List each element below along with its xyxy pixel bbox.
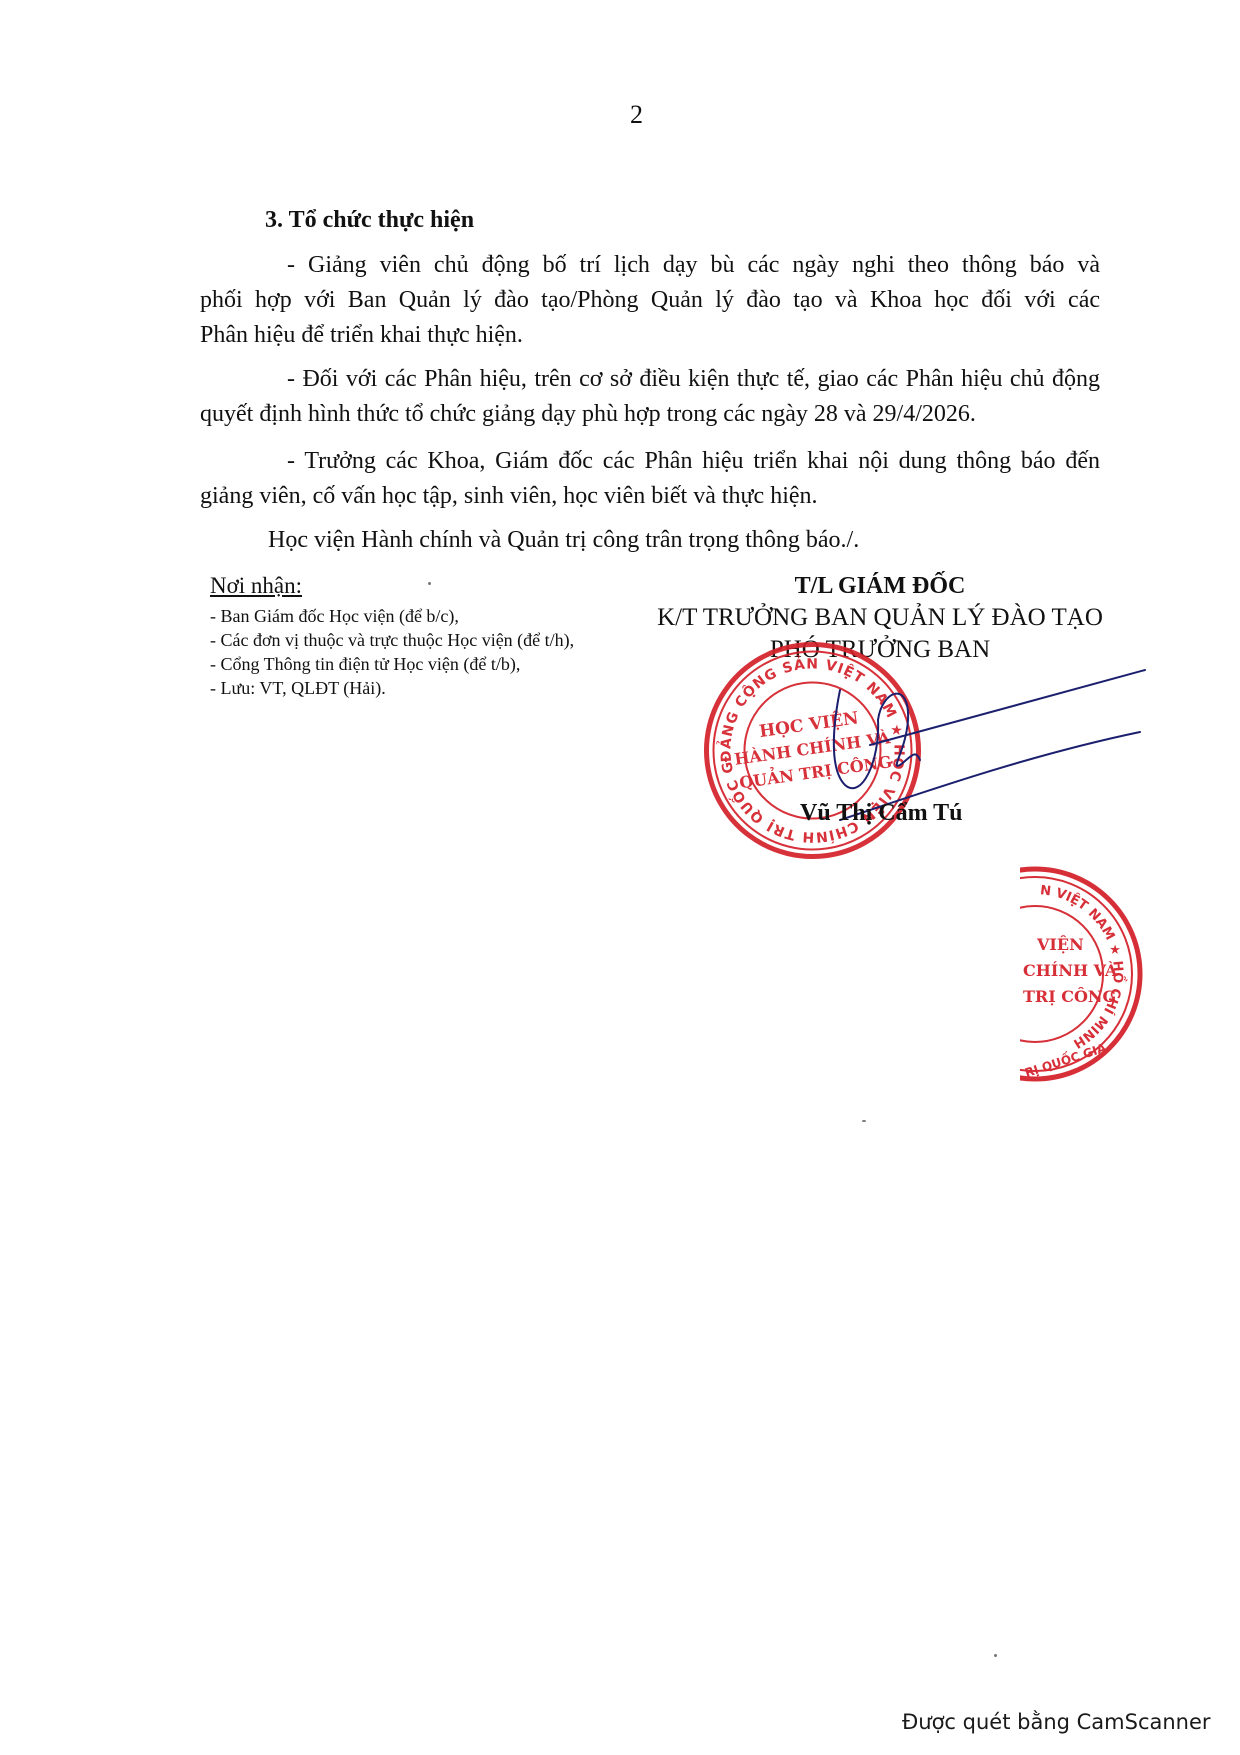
paragraph-line: - Giảng viên chủ động bố trí lịch dạy bù… bbox=[200, 248, 1100, 283]
signatory-name: Vũ Thị Cẩm Tú bbox=[800, 800, 963, 827]
recipients-title: Nơi nhận: bbox=[210, 573, 302, 599]
signature-title: T/L GIÁM ĐỐC bbox=[620, 570, 1140, 602]
scan-speck bbox=[428, 582, 431, 585]
paragraph-lecturers: - Giảng viên chủ động bố trí lịch dạy bù… bbox=[200, 248, 1100, 353]
paragraph-line: phối hợp với Ban Quản lý đào tạo/Phòng Q… bbox=[200, 283, 1100, 318]
closing-statement: Học viện Hành chính và Quản trị công trâ… bbox=[268, 527, 859, 554]
signature-line-2: K/T TRƯỞNG BAN QUẢN LÝ ĐÀO TẠO bbox=[620, 602, 1140, 634]
recipient-item: - Ban Giám đốc Học viện (để b/c), bbox=[210, 604, 574, 628]
svg-text:CHÍNH VÀ: CHÍNH VÀ bbox=[1023, 960, 1118, 980]
partial-seal-stamp-icon: N VIỆT NAM ★ HỒ CHÍ MINH RỊ QUỐC GIA VIỆ… bbox=[1015, 862, 1160, 1092]
paragraph-faculty-heads: - Trưởng các Khoa, Giám đốc các Phân hiệ… bbox=[200, 444, 1100, 514]
camscanner-watermark: Được quét bằng CamScanner bbox=[902, 1710, 1211, 1734]
scan-speck bbox=[862, 1120, 866, 1122]
paragraph-line: quyết định hình thức tổ chức giảng dạy p… bbox=[200, 397, 1100, 432]
paragraph-line: giảng viên, cố vấn học tập, sinh viên, h… bbox=[200, 479, 1100, 514]
recipient-item: - Lưu: VT, QLĐT (Hải). bbox=[210, 676, 574, 700]
paragraph-line: - Đối với các Phân hiệu, trên cơ sở điều… bbox=[200, 362, 1100, 397]
svg-text:TRỊ CÔNG: TRỊ CÔNG bbox=[1023, 986, 1116, 1006]
recipients-list: - Ban Giám đốc Học viện (để b/c), - Các … bbox=[210, 604, 574, 700]
recipient-item: - Các đơn vị thuộc và trực thuộc Học việ… bbox=[210, 628, 574, 652]
paragraph-line: Phân hiệu để triển khai thực hiện. bbox=[200, 318, 1100, 353]
scan-speck bbox=[994, 1654, 997, 1657]
paragraph-line: - Trưởng các Khoa, Giám đốc các Phân hiệ… bbox=[200, 444, 1100, 479]
paragraph-branches: - Đối với các Phân hiệu, trên cơ sở điều… bbox=[200, 362, 1100, 432]
recipient-item: - Cổng Thông tin điện tử Học viện (để t/… bbox=[210, 652, 574, 676]
section-heading: 3. Tổ chức thực hiện bbox=[265, 207, 474, 234]
page-number: 2 bbox=[630, 100, 643, 130]
svg-text:VIỆN: VIỆN bbox=[1036, 934, 1084, 954]
